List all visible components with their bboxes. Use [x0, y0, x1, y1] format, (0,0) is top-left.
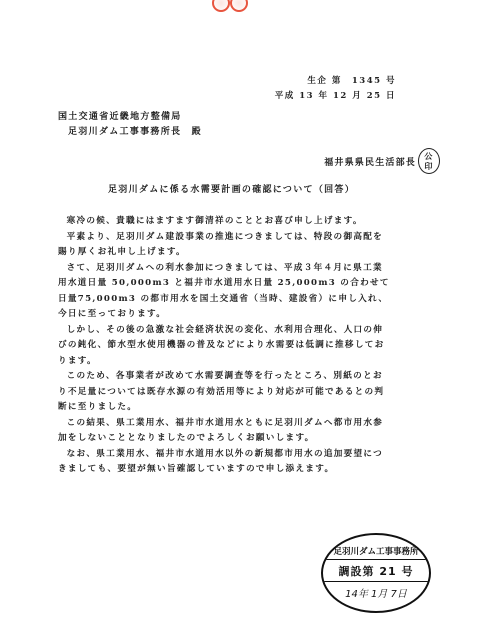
seal-char-bottom: 印: [424, 161, 433, 171]
stamp-divider: [323, 559, 429, 560]
paragraph: しかし、その後の急激な社会経済状況の変化、水利用合理化、人口の伸びの鈍化、節水型…: [58, 323, 390, 370]
addressee: 国土交通省近畿地方整備局 足羽川ダム工事事務所長 殿: [58, 110, 202, 140]
addressee-organization: 国土交通省近畿地方整備局: [58, 110, 202, 125]
seal-circle-left: [212, 0, 230, 12]
addressee-title: 足羽川ダム工事事務所長 殿: [58, 125, 202, 140]
document-date: 平成 13 年 12 月 25 日: [275, 89, 396, 104]
sender-name: 福井県県民生活部長: [324, 155, 416, 168]
seal-circle-right: [230, 0, 248, 12]
document-title: 足羽川ダムに係る水需要計画の確認について（回答）: [108, 182, 355, 195]
paragraph: この結果、県工業用水、福井市水道用水ともに足羽川ダムへ都市用水参加をしないことと…: [58, 416, 390, 447]
paragraph: 平素より、足羽川ダム建設事業の推進につきましては、特段の御高配を賜り厚くお礼申し…: [58, 230, 390, 261]
paragraph: さて、足羽川ダムへの利水参加につきましては、平成３年４月に県工業用水道日量 50…: [58, 261, 390, 323]
stamp-date: 14年 1月 7日: [323, 585, 429, 600]
sender: 福井県県民生活部長 公 印: [324, 148, 440, 174]
stamp-office: 足羽川ダム工事事務所: [323, 545, 429, 557]
paragraph: このため、各事業者が改めて水需要調査等を行ったところ、別紙のとおり不足量について…: [58, 369, 390, 416]
document-body: 寒冷の候、貴職にはますます御清祥のこととお喜び申し上げます。 平素より、足羽川ダ…: [58, 214, 390, 478]
seal-char-top: 公: [424, 151, 433, 161]
document-header: 生企 第 1345 号 平成 13 年 12 月 25 日: [275, 74, 396, 104]
document-number: 生企 第 1345 号: [275, 74, 396, 89]
receipt-stamp: 足羽川ダム工事事務所 調設第 21 号 14年 1月 7日: [321, 533, 431, 613]
official-seal: 公 印: [418, 148, 440, 174]
stamp-number: 調設第 21 号: [323, 563, 429, 579]
red-seal-mark: [212, 0, 248, 12]
paragraph: 寒冷の候、貴職にはますます御清祥のこととお喜び申し上げます。: [58, 214, 390, 230]
paragraph: なお、県工業用水、福井市水道用水以外の新規都市用水の追加要望につきましても、要望…: [58, 447, 390, 478]
stamp-divider: [323, 581, 429, 582]
